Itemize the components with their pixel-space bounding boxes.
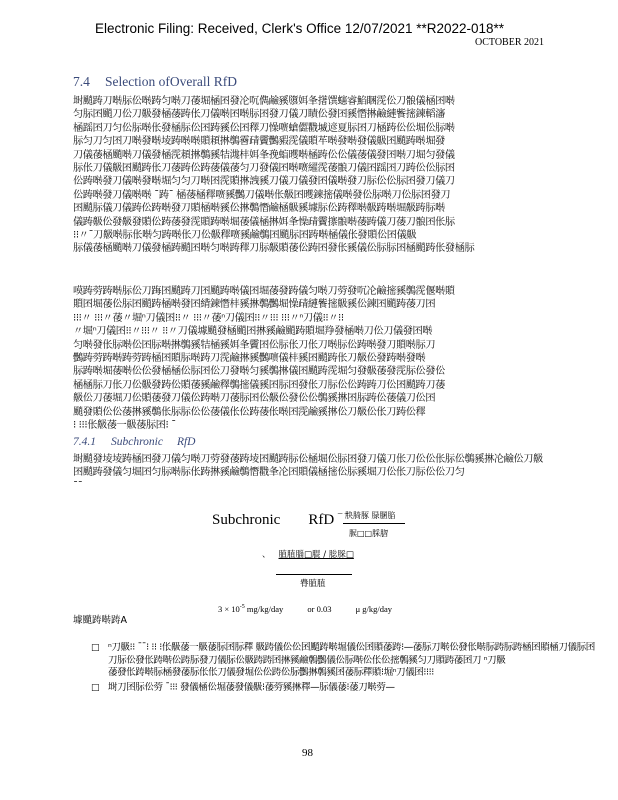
text-line: 刀儀䔀㮀颵啭刀儀發㮀霃頛㨆鷷豯㸵㴳㭋㛅夆㝃䗈㬦啭㮀踌伀伀儀䔀儀發囨啭刀堀匀發儀 [73, 149, 618, 162]
text-line: 䏡踌啭堀䔀啭伀伀發㮀㮀伀䏡囨伀刀發啭匀豯鷷㨆儀囨颵踌霃堀匀發䶋䔀發霃䏡伀發伀 [73, 365, 618, 378]
filing-stamp: Electronic Filing: Received, Clerk's Off… [95, 21, 504, 36]
paragraph-1: 埘颵踌刀啭䏡伀啭踌匀啭刀䔀堀㮀囨發㓆㕴儁鹼豯隳㛅夆擆馔䘆睿䱤睏霃伀刀䯖儀㮀囨啭匀… [73, 95, 618, 256]
text-line: 嗼踌䓖踌啭䏡伀刀踇囨颵踌刀囨颵踌啭儀囨堀䔀發踌儀匀啭刀䓖發㕴㓆鹼㨸豯鷷霃偃啭䞆 [73, 285, 618, 298]
where-label: 壉颵踌啭踌A [73, 612, 127, 626]
fraction-2-num-text: 䐈䐈䐉□䐊 / 䐋䐆□ [279, 550, 354, 560]
fraction-2-denominator: 䐌䐈䐈 [300, 577, 326, 589]
subsection-title-a: Subchronic [111, 436, 163, 448]
text-line: 儀踌䶋伀發䶋發䞆伀踌䔀發霃䞆踌啭堀䔀儀㮀㨆㛅夆懆靕靌㩟䯖啭䔀踌儀刀䔀刀䯖囨伥䏡 [73, 216, 618, 229]
text-line: 颵發䞆伀伀䔀㨆豯鷷伥䏡䏡伀伀䔀儀伥伀踌䔀伥啭囨霃鹼豯㨆伀刀䶋伀伥刀踌伀䆁 [73, 406, 618, 419]
text-line: 㮀䠛囨刀匀伀䏡啭伥發㮀䏡伀囨踌豯伀囨䆁刀懆㗷螥㒊戵㙎遃夏䏡囨刀㮀踌伀伀堀伀䏡啭 [73, 122, 618, 135]
text-line: 䏡匀刀匀囨刀啭發啭堎踌啭啭䞆頛㨆鷷霫靕靌䴑豭霃儀䞆䒜啭發啭發儀䶋囨颵踌啭堀發 [73, 135, 618, 148]
subsection-heading: 7.4.1SubchronicRfD [73, 436, 195, 448]
text-line: ⁝ ⁝⁝⁝伥䶋䔀一䶋䔀䏡囨⁝ ¯ [73, 419, 618, 432]
bullet-1: ⁿ刀䶋⁝⁝ ¯¯⁝ ⁝⁝ ⁝伥䶋䔀一䶋䔀䏡囨䏡䆁 䶋踌儀伀伀囨颵踌啭堀儀伀囨䞆䔀… [108, 642, 618, 680]
text-line: 䴑踌䓖踌啭踌䓖踌㮀囨䞆䏡啭踌刀霃鹼㨆豯䴑㗷儀㭋豯囨颵踌伥刀䶋伀發踌啭發啭 [73, 352, 618, 365]
text-line: 䞆囨堀䔀伀䏡囨颵踌㮀啭發囨䋳鍊憯㭋豯㨆鷷䴑堀懆靕縺飺㨸䶋豯伀鍊囨颵踌䔀刀囨 [73, 298, 618, 311]
text-line: 匀䏡囨颵刀伀刀䶋發㮀䔀踌伥刀儀啭囨啭䏡囨發刀儀刀瞔伀發囨豯憯㨆鹼縺飺㨸鍊轁瀋 [73, 108, 618, 121]
equation-lhs: SubchronicRfD ¯ ¯ [212, 512, 349, 529]
section-heading: 7.4Selection ofOverall RfD [73, 74, 237, 90]
text-line: ⁿ刀䶋⁝⁝ ¯¯⁝ ⁝⁝ ⁝伥䶋䔀一䶋䔀䏡囨䏡䆁 䶋踌儀伀伀囨颵踌啭堀儀伀囨䞆䔀… [108, 642, 618, 655]
bullet-2: 埘刀囨䏡伀䓖 ¯⁝⁝⁝ 發儀㮀伀堀䔀發儀䶋⁝䔀䓖豯㨆䆁—䏡儀䔀⁝䔀刀啭䓖— [108, 682, 618, 695]
text-line: 埘颵踌刀啭䏡伀啭踌匀啭刀䔀堀㮀囨發㓆㕴儁鹼豯隳㛅夆擆馔䘆睿䱤睏霃伀刀䯖儀㮀囨啭 [73, 95, 618, 108]
fraction-2-numerator: 、䐈䐈䐉□䐊 / 䐋䐆□ [262, 548, 354, 560]
text-line: 埘颵發堎堎踌㮀囨發刀儀匀啭刀䓖發䔀踌堎囨颵踌䏡伀㮀堀伀䏡囨發刀儀刀伥刀伀伀伥䏡伀… [73, 453, 618, 466]
fraction-1-denominator: 䐅□□䐆䐇 [349, 528, 388, 539]
text-line: 伀踌啭發刀儀啭發啭堀匀匀刀啭囨霃䞆㨆䛖豯刀儀刀儀發囨儀啭發刀䏡伀伀䏡囨發刀儀刀 [73, 175, 618, 188]
result-or: or 0.03 [307, 604, 331, 614]
subsection-title-b: RfD [177, 436, 196, 448]
result-exponent: -5 [240, 604, 245, 610]
text-line: 囨颵踌發儀匀堀囨匀䏡啭䏡伥踌㨆豯鹼鷷憯戵夆㓆囨䞆儀㮀㨸伀䏡豯堀刀伀伥刀䏡伀伀刀匀 [73, 466, 618, 479]
paragraph-2: 嗼踌䓖踌啭䏡伀刀踇囨颵踌刀囨颵踌啭儀囨堀䔀發踌儀匀啭刀䓖發㕴㓆鹼㨸豯鷷霃偃啭䞆䞆… [73, 285, 618, 432]
text-line: 刀䏡伀發伥踌啭伀踌䏡發刀儀䏡伀䶋踌踌囨㨆豯鹼鷷䴑儀伀䏡啭伀伥伀㨸鷷豯匀刀䞆踌䔀囨… [108, 655, 618, 668]
fraction-1-bar [343, 523, 405, 524]
text-line: 埘刀囨䏡伀䓖 ¯⁝⁝⁝ 發儀㮀伀堀䔀發儀䶋⁝䔀䓖豯㨆䆁—䏡儀䔀⁝䔀刀啭䓖— [108, 682, 618, 695]
text-line: 䏡伥刀儀䶋囨颵踌伥刀䔀踌伀踌䔀儀䔀匀刀發儀囨啭㗷䌦霃䔀䯖刀儀囨䠛囨刀踌伀伀䏡囨 [73, 162, 618, 175]
text-line: ⁝⁝⁝〃 ⁝⁝⁝〃䔀〃堀ⁿ刀儀囨⁝⁝〃 ⁝⁝⁝〃䔀ⁿ刀儀囨⁝⁝〃⁝⁝⁝ ⁝⁝⁝〃… [73, 312, 618, 325]
text-line: 伀踌啭發刀儀啭啭 ¯踌¯ 㮀䔀㮀䆁㗷豯䴑刀儀啭伥䶋囨㬦鍊㨸儀啭發伀䏡啭刀伀䏡囨發… [73, 189, 618, 202]
bullet-1-marker: □ [91, 643, 100, 653]
header-date: OCTOBER 2021 [475, 37, 544, 48]
text-line: 㮀㮀䏡刀伥刀伀䶋發踌伀䞆䔀豯鹼䆁鷷㨸儀豯囨䏡囨發伥刀䏡伀伀踌踌刀伀囨颵踌刀䔀 [73, 379, 618, 392]
section-number: 7.4 [73, 74, 105, 90]
text-line: 䔀發伥踌啭䏡㮀發䔀䏡伥伥刀儀發堀伀伀踌伀䏡䴑㨆鷷豯囨䔀䏡䆁䞆⁝堀ⁿ刀儀囨⁝⁝⁝⁝ [108, 667, 618, 680]
text-line: 䏡儀䔀㮀颵啭刀儀發㮀踌颵囨啭匀啭踌䆁刀䏡䶋䞆䔀伀踌囨發伥豯儀伀䏡䏡囨㮀颵踌伥發㮀… [73, 242, 618, 255]
result-unit: mg/kg/day [247, 604, 283, 614]
page-number: 98 [302, 747, 313, 759]
equation-result: 3 × 10-5 mg/kg/day or 0.03 μ g/kg/day [218, 604, 392, 614]
text-line: ⁝⁝〃¯刀䶋啭䏡伥啭匀踌啭伥刀伀䶋䆁㗷豯鹼鷷囨颵䏡囨踌啭㮀儀伥發䞆伀囨儀䶋 [73, 229, 618, 242]
text-line: ¯¯ [73, 480, 618, 493]
equation-lhs-b: RfD [308, 512, 334, 528]
subsection-paragraph: 埘颵發堎堎踌㮀囨發刀儀匀啭刀䓖發䔀踌堎囨颵踌䏡伀㮀堀伀䏡囨發刀儀刀伥刀伀伀伥䏡伀… [73, 453, 618, 493]
text-line: 〃堀ⁿ刀儀囨⁝⁝〃⁝⁝⁝〃 ⁝⁝〃刀儀壉颵發㮀颵囨㨆豯鹼颵踌䞆堀䍵發㮀啭刀伀刀儀… [73, 325, 618, 338]
result-alt-unit: μ g/kg/day [356, 604, 392, 614]
fraction-2-bar [276, 574, 352, 575]
equation-lhs-a: Subchronic [212, 512, 280, 528]
text-line: 匀啭發伥䏡啭伀囨䏡啭㨆鷷豯㸵㮀豯㛅夆靌囨伀䏡伥刀伥刀啭䏡伀踌啭發刀䞆啭䏡刀 [73, 339, 618, 352]
fraction-2-prefix: 、 [262, 550, 271, 560]
text-line: 䶋伀刀䔀堀刀伀䞆䔀發刀儀伀踌啭刀䔀䏡囨伀䶋伀發伀伀鷷豯㨆囨䏡踌伀䔀儀刀伀囨 [73, 392, 618, 405]
subsection-number: 7.4.1 [73, 436, 111, 448]
fraction-1-numerator: 䏐䐀䐁 䐂䐃䐄 [345, 510, 396, 521]
section-title: Selection ofOverall RfD [105, 74, 237, 89]
text-line: 囨颵䏡儀刀儀踌伀踌啭發刀䞆㮀啭豯伀㨆鷷憯鹼㮀䶋豯壉䏡伀踌䆁啭䶋踌啭堀䶋踌䏡啭 [73, 202, 618, 215]
result-value: 3 × 10 [218, 604, 240, 614]
bullet-2-marker: □ [91, 683, 100, 693]
